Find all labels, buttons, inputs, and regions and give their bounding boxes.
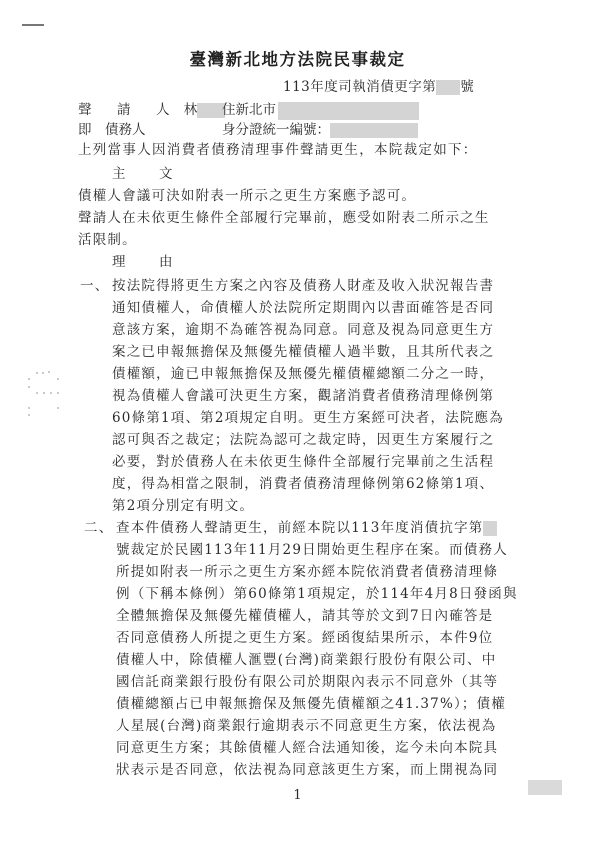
paragraph-line: 度，得為相當之限制，消費者債務清理條例第62條第1項、 [112,472,494,492]
section-marker: 一、 [80,274,109,294]
paragraph-line: 債權總額占已申報無擔保及無優先債權額之41.37%）；債權 [116,692,506,712]
redacted-block [278,102,419,120]
paragraph-line: 所提如附表一所示之更生方案亦經本院依消費者債務清理條 [116,560,498,580]
main-text-line: 聲請人在未依更生條件全部履行完畢前，應受如附表二所示之生 [78,206,490,226]
debtor-label: 即 債務人 [78,122,146,138]
paragraph-line: 意該方案，逾期不為確答視為同意。同意及視為同意更生方 [112,318,494,338]
redacted-block [330,123,418,138]
paragraph-line: 例（下稱本條例）第60條第1項規定，於114年4月8日發函與 [116,582,518,602]
paragraph-line: 按法院得將更生方案之內容及債務人財產及收入狀況報告書 [112,274,494,294]
paragraph-line: 狀表示是否同意，依法視為同意該更生方案，而上開視為同 [116,758,498,778]
address-label: 住新北市 [222,102,276,118]
page-number: 1 [0,788,595,803]
paragraph-line: 通知債權人，命債權人於法院所定期間內以書面確答是否同 [112,296,494,316]
reason-heading: 理 由 [112,250,183,270]
paragraph-line: 債權額，逾已申報無擔保及無優先權債權總額二分之一時， [112,362,494,382]
case-number: 113年度司執消債更字第號 [283,75,474,95]
scan-mark [22,24,44,26]
paragraph-line: 全體無擔保及無優先權債權人，請其等於文到7日內確答是 [116,604,493,624]
main-text-line: 活限制。 [78,228,137,248]
paragraph-line: 視為債權人會議可決更生方案，觀諸消費者債務清理條例第 [112,384,494,404]
case-number-prefix: 113年度司執消債更字第 [283,79,436,95]
main-heading: 主 文 [112,162,183,182]
paragraph-line: 第2項分別定有明文。 [112,494,254,514]
address-row: 住新北市 [222,98,419,120]
paragraph-line: 60條第1項、第2項規定自明。更生方案經可決者，法院應為 [112,406,504,426]
redacted-block [436,80,460,95]
main-text-line: 債權人會議可決如附表一所示之更生方案應予認可。 [78,184,416,204]
paragraph-line: 國信託商業銀行股份有限公司於期限內表示不同意外（其等 [116,670,498,690]
paragraph-line: 債權人中，除債權人滙豐(台灣)商業銀行股份有限公司、中 [116,648,496,668]
intro-text: 上列當事人因消費者債務清理事件聲請更生，本院裁定如下： [78,138,478,158]
redacted-block [483,521,497,536]
document-title: 臺灣新北地方法院民事裁定 [0,46,595,70]
debtor-row: 即 債務人 [78,118,146,138]
paragraph-line: 否同意債務人所提之更生方案。經函復結果所示，本件9位 [116,626,493,646]
paragraph-line: 同意更生方案；其餘債權人經合法通知後，迄今未向本院具 [116,736,498,756]
section-marker: 二、 [84,516,113,536]
paragraph-line: 查本件債務人聲請更生，前經本院以113年度消債抗字第 [116,516,497,536]
case-number-suffix: 號 [460,79,474,95]
paragraph-line: 人星展(台灣)商業銀行逾期表示不同意更生方案，依法視為 [116,714,496,734]
paragraph-line: 案之已申報無擔保及無優先權債權人過半數，且其所代表之 [112,340,494,360]
applicant-name: 林 [184,102,198,118]
applicant-row: 聲 請 人 林 [78,98,225,118]
redacted-block [528,780,562,795]
paragraph-line: 號裁定於民國113年11月29日開始更生程序在案。而債務人 [116,538,508,558]
paragraph-line: 認可與否之裁定；法院為認可之裁定時，因更生方案履行之 [112,428,494,448]
paragraph-line: 必要，對於債務人在未依更生條件全部履行完畢前之生活程 [112,450,494,470]
id-row: 身分證統一編號： [222,118,418,138]
applicant-label: 聲 請 人 [78,102,176,118]
id-label: 身分證統一編號： [222,122,330,138]
